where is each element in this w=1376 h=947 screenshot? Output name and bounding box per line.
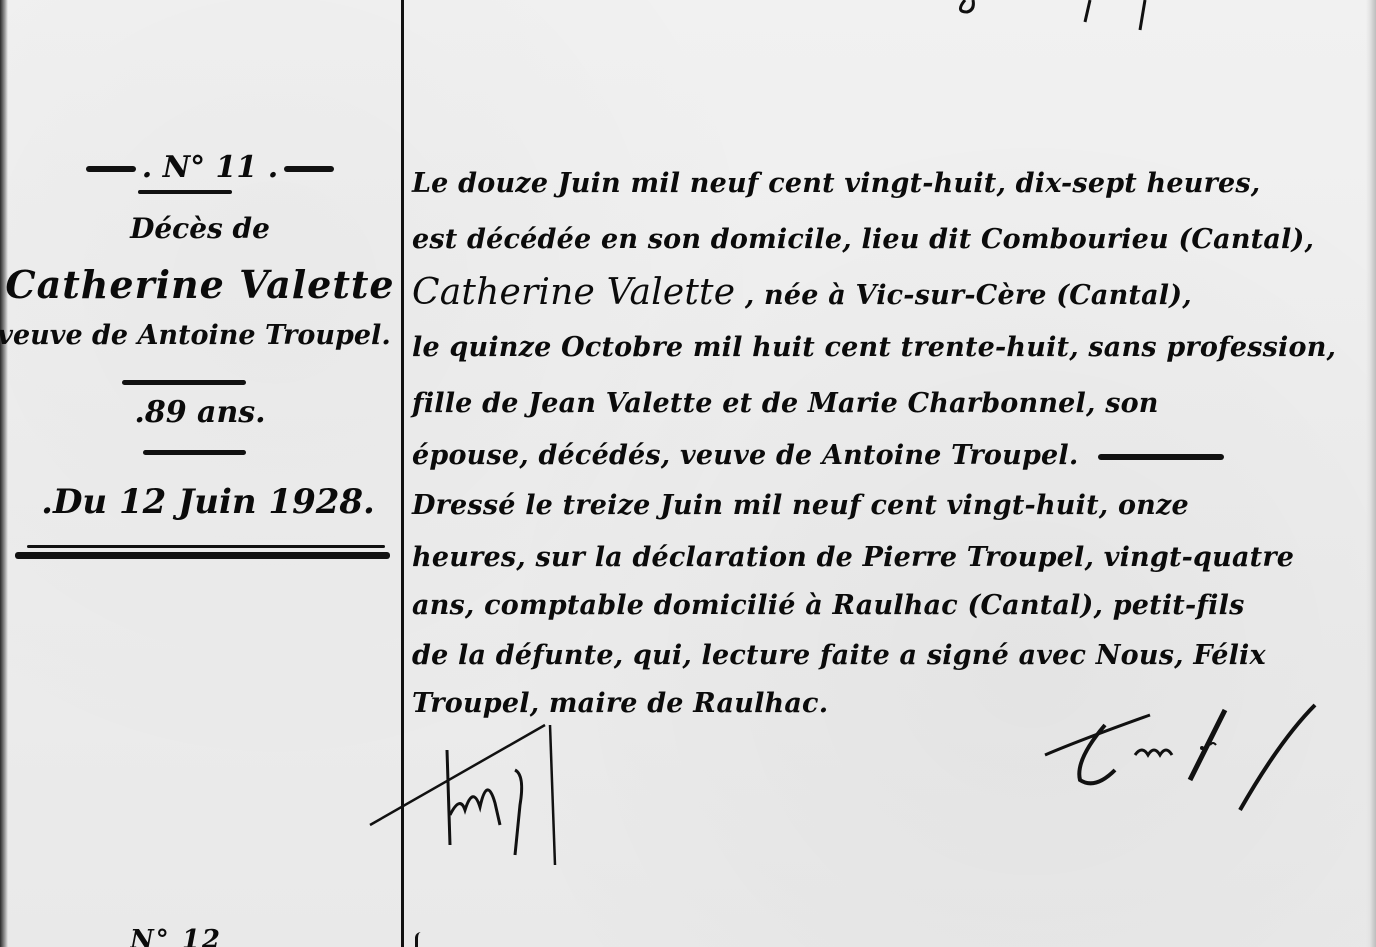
margin-title: Décès de [0, 212, 400, 245]
body-line-10: de la défunte, qui, lecture faite a sign… [412, 640, 1266, 671]
age-bottom-rule [143, 450, 246, 455]
body-line-1: Le douze Juin mil neuf cent vingt-huit, … [412, 168, 1260, 199]
margin-column: . N° 11 . Décès de Catherine Valette veu… [0, 0, 400, 947]
page-edge-right [1366, 0, 1376, 947]
entry-number-underline [138, 190, 232, 194]
signature-mayor [1040, 700, 1330, 820]
deceased-name: Catherine Valette [412, 272, 735, 313]
margin-deceased-name: Catherine Valette [0, 262, 400, 307]
margin-widow-of: veuve de Antoine Troupel. [0, 320, 394, 351]
closing-rule-thick [15, 552, 390, 559]
dash-left [86, 166, 136, 172]
dash-right [284, 166, 334, 172]
body-line-7: Dressé le treize Juin mil neuf cent ving… [412, 490, 1189, 521]
margin-age: .89 ans. [0, 395, 400, 430]
widow-text: épouse, décédés, veuve de Antoine Troupe… [412, 440, 1078, 471]
margin-date: .Du 12 Juin 1928. [8, 482, 408, 522]
body-line-2: est décédée en son domicile, lieu dit Co… [412, 224, 1314, 255]
birth-place: , née à Vic-sur-Cère (Cantal), [745, 280, 1192, 311]
body-line-5: fille de Jean Valette et de Marie Charbo… [412, 388, 1159, 419]
body-line-8: heures, sur la déclaration de Pierre Tro… [412, 542, 1294, 573]
entry-number: N° 11 [163, 150, 258, 185]
register-page: . N° 11 . Décès de Catherine Valette veu… [0, 0, 1376, 947]
closing-rule-thin [27, 545, 385, 548]
signature-declarant [365, 715, 575, 865]
line-end-dash [1098, 454, 1224, 460]
age-top-rule [122, 380, 246, 385]
body-line-3: Catherine Valette , née à Vic-sur-Cère (… [412, 272, 1192, 313]
body-line-6: épouse, décédés, veuve de Antoine Troupe… [412, 440, 1224, 471]
entry-number-line: . N° 11 . [10, 150, 410, 185]
previous-entry-signature-fragment [955, 0, 1175, 50]
body-line-9: ans, comptable domicilié à Raulhac (Cant… [412, 590, 1244, 621]
next-entry-number-fragment: N° 12 [130, 925, 222, 947]
body-line-4: le quinze Octobre mil huit cent trente-h… [412, 332, 1336, 363]
next-entry-text-fragment [415, 932, 428, 947]
